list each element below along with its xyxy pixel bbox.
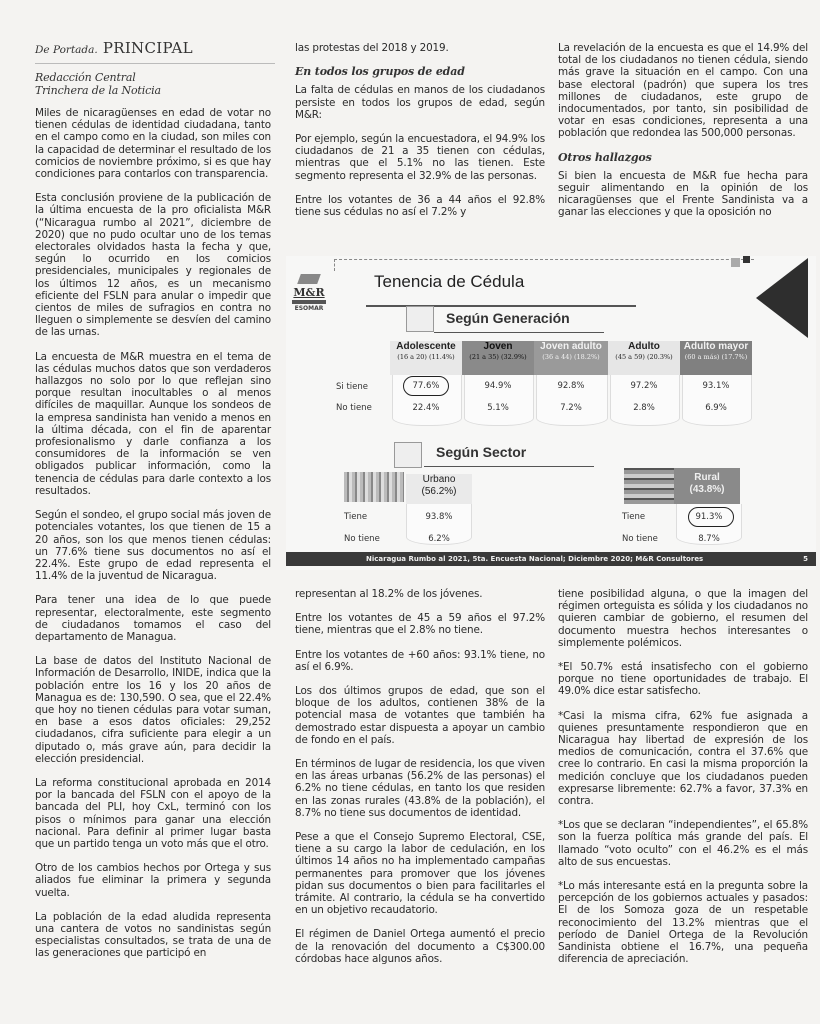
divider — [334, 259, 754, 260]
paragraph: La encuesta de M&R muestra en el tema de… — [35, 351, 271, 497]
paragraph: tiene posibilidad alguna, o que la image… — [558, 588, 808, 649]
paragraph: Entre los votantes de 45 a 59 años el 97… — [295, 612, 545, 636]
value-cell: 5.1% — [462, 403, 534, 413]
decor-square — [731, 258, 740, 267]
gen-header-joven-adulto: Joven adulto (36 a 44) (18.2%) — [534, 341, 608, 375]
infographic-title: Tenencia de Cédula — [374, 272, 524, 292]
paragraph: representan al 18.2% de los jóvenes. — [295, 588, 545, 600]
gen-header-adulto: Adulto (45 a 59) (20.3%) — [608, 341, 680, 375]
rural-header: Rural (43.8%) — [674, 468, 740, 504]
paragraph: *Casi la misma cifra, 62% fue asignada a… — [558, 710, 808, 808]
paragraph: Según el sondeo, el grupo social más jov… — [35, 509, 271, 582]
value-cell: 7.2% — [534, 403, 608, 413]
paragraph: Los dos últimos grupos de edad, que son … — [295, 685, 545, 746]
column-2-bottom: representan al 18.2% de los jóvenes. Ent… — [295, 588, 545, 977]
section-header: De Portada. PRINCIPAL — [35, 38, 275, 64]
paragraph: Pese a que el Consejo Supremo Electoral,… — [295, 831, 545, 916]
column-3-bottom: tiene posibilidad alguna, o que la image… — [558, 588, 808, 977]
rural-photo — [624, 468, 674, 504]
paragraph: las protestas del 2018 y 2019. — [295, 42, 545, 54]
page-number: 5 — [803, 552, 808, 566]
value-cell: 93.8% — [406, 512, 472, 522]
value-cell: 22.4% — [390, 403, 462, 413]
logo-bar — [292, 300, 326, 304]
paragraph: Si bien la encuesta de M&R fue hecha par… — [558, 170, 808, 219]
gen-header-adulto-mayor: Adulto mayor (60 a más) (17.7%) — [680, 341, 752, 375]
mr-logo: M&R ESOMAR — [292, 274, 326, 312]
logo-brand: M&R — [292, 286, 326, 299]
sector-heading: Según Sector — [436, 444, 526, 460]
urban-photo — [344, 472, 404, 502]
decor-square — [743, 256, 750, 263]
paragraph: Entre los votantes de +60 años: 93.1% ti… — [295, 649, 545, 673]
row-label-tiene: Tiene — [344, 512, 367, 522]
column-1: Redacción Central Trinchera de la Notici… — [35, 72, 271, 972]
value-cell: 2.8% — [608, 403, 680, 413]
paragraph: *El 50.7% está insatisfecho con el gobie… — [558, 661, 808, 698]
section-thumbnail — [406, 306, 434, 332]
value-cell: 6.9% — [680, 403, 752, 413]
paragraph: Entre los votantes de 36 a 44 años el 92… — [295, 194, 545, 218]
row-label-no-tiene: No tiene — [336, 403, 372, 413]
paragraph: La base de datos del Instituto Nacional … — [35, 655, 271, 765]
column-3-top: La revelación de la encuesta es que el 1… — [558, 42, 808, 231]
paragraph: Miles de nicaragüenses en edad de votar … — [35, 107, 271, 180]
generation-heading: Según Generación — [446, 310, 570, 326]
urban-header: Urbano (56.2%) — [406, 474, 472, 504]
row-label-tiene: Tiene — [622, 512, 645, 522]
paragraph: En términos de lugar de residencia, los … — [295, 758, 545, 819]
value-cell: 93.1% — [680, 381, 752, 391]
value-cell: 6.2% — [406, 534, 472, 544]
value-cell: 94.9% — [462, 381, 534, 391]
infographic-footer: Nicaragua Rumbo al 2021, 5ta. Encuesta N… — [286, 552, 816, 566]
row-label-no-tiene: No tiene — [622, 534, 658, 544]
value-cell: 91.3% — [676, 512, 742, 522]
subheading: Otros hallazgos — [558, 152, 808, 164]
infographic: M&R ESOMAR Tenencia de Cédula Según Gene… — [286, 256, 816, 570]
byline-publication: Trinchera de la Noticia — [35, 85, 271, 98]
paragraph: La población de la edad aludida represen… — [35, 911, 271, 960]
paragraph: La falta de cédulas en manos de los ciud… — [295, 84, 545, 121]
value-cell: 8.7% — [676, 534, 742, 544]
paragraph: Para tener una idea de lo que puede repr… — [35, 594, 271, 643]
logo-sub: ESOMAR — [292, 305, 326, 312]
value-cell: 77.6% — [390, 381, 462, 391]
section-title: PRINCIPAL — [103, 39, 193, 57]
gen-header-joven: Joven (21 a 35) (32.9%) — [462, 341, 534, 375]
subheading: En todos los grupos de edad — [295, 66, 545, 78]
paragraph: Esta conclusión proviene de la publicaci… — [35, 192, 271, 338]
paragraph: Otro de los cambios hechos por Ortega y … — [35, 862, 271, 899]
section-thumbnail — [394, 442, 422, 468]
value-cell: 92.8% — [534, 381, 608, 391]
divider — [334, 259, 335, 271]
paragraph: *Los que se declaran “independientes”, e… — [558, 819, 808, 868]
paragraph: *Lo más interesante está en la pregunta … — [558, 880, 808, 965]
decor-triangle-icon — [756, 258, 808, 338]
byline: Redacción Central Trinchera de la Notici… — [35, 72, 271, 97]
paragraph: Por ejemplo, según la encuestadora, el 9… — [295, 133, 545, 182]
globe-icon — [297, 274, 321, 284]
paragraph: La revelación de la encuesta es que el 1… — [558, 42, 808, 140]
paragraph: La reforma constitucional aprobada en 20… — [35, 777, 271, 850]
paragraph: El régimen de Daniel Ortega aumentó el p… — [295, 928, 545, 965]
gen-header-adolescente: Adolescente (16 a 20) (11.4%) — [390, 341, 462, 375]
row-label-si-tiene: Si tiene — [336, 382, 368, 392]
column-2-top: las protestas del 2018 y 2019. En todos … — [295, 42, 545, 230]
row-label-no-tiene: No tiene — [344, 534, 380, 544]
byline-author: Redacción Central — [35, 72, 271, 85]
source-text: Nicaragua Rumbo al 2021, 5ta. Encuesta N… — [366, 552, 703, 566]
heading-rule — [434, 332, 604, 333]
heading-rule — [424, 466, 594, 467]
value-cell: 97.2% — [608, 381, 680, 391]
section-label: De Portada. — [35, 44, 98, 56]
